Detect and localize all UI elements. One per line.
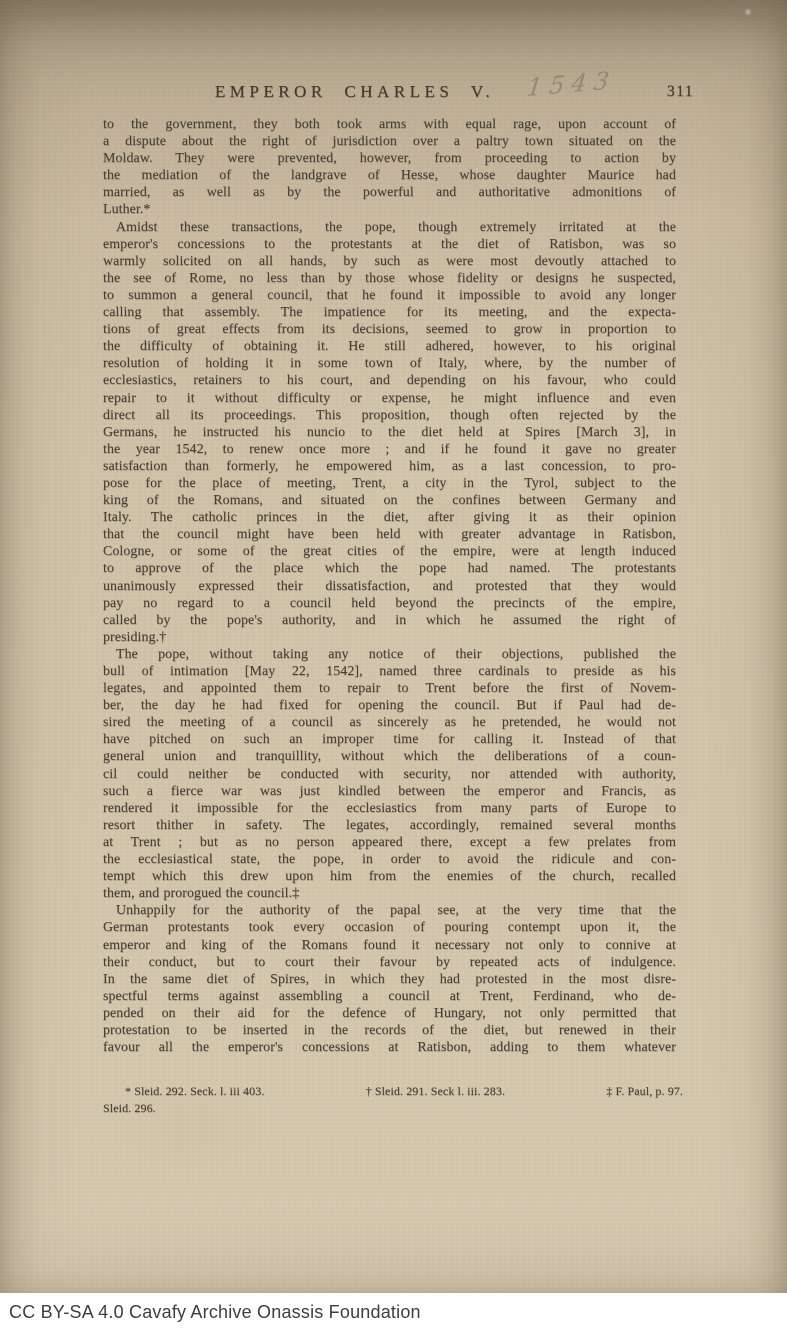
text-line: that the council might have been held wi… <box>103 526 676 543</box>
text-line: cil could neither be conducted with secu… <box>103 766 676 783</box>
text-line: a dispute about the right of jurisdictio… <box>103 133 676 150</box>
text-line: warmly solicited on all hands, by such a… <box>103 253 676 270</box>
text-line: resolution of holding it in some town of… <box>103 355 676 372</box>
text-line: the ecclesiastical state, the pope, in o… <box>103 851 676 868</box>
text-line: called by the pope's authority, and in w… <box>103 612 676 629</box>
text-line: emperor and king of the Romans found it … <box>103 937 676 954</box>
text-line: the year 1542, to renew once more ; and … <box>103 441 676 458</box>
text-line: In the same diet of Spires, in which the… <box>103 971 676 988</box>
text-line: to summon a general council, that he fou… <box>103 287 676 304</box>
text-line: repair to it without difficulty or expen… <box>103 390 676 407</box>
text-line: have pitched on such an improper time fo… <box>103 731 676 748</box>
footnote-row: * Sleid. 292. Seck. l. iii 403. † Sleid.… <box>103 1083 683 1100</box>
footnote-asterisk: * Sleid. 292. Seck. l. iii 403. <box>125 1083 264 1100</box>
screenshot-stage: EMPEROR CHARLES V. 1543 311 to the gover… <box>0 0 787 1332</box>
text-line: to the government, they both took arms w… <box>103 116 676 133</box>
text-line: direct all its proceedings. This proposi… <box>103 407 676 424</box>
text-line: Germans, he instructed his nuncio to the… <box>103 424 676 441</box>
text-line: king of the Romans, and situated on the … <box>103 492 676 509</box>
text-line: sired the meeting of a council as sincer… <box>103 714 676 731</box>
text-line: their conduct, but to court their favour… <box>103 954 676 971</box>
text-line: presiding.† <box>103 629 676 646</box>
text-line: protestation to be inserted in the recor… <box>103 1022 676 1039</box>
text-line: ecclesiastics, retainers to his court, a… <box>103 372 676 389</box>
footnotes: * Sleid. 292. Seck. l. iii 403. † Sleid.… <box>103 1083 683 1117</box>
footnote-double-dagger: ‡ F. Paul, p. 97. <box>606 1083 683 1100</box>
page-number: 311 <box>667 83 694 101</box>
scanned-page: EMPEROR CHARLES V. 1543 311 to the gover… <box>0 0 787 1293</box>
text-line: ber, the day he had fixed for opening th… <box>103 697 676 714</box>
running-head: EMPEROR CHARLES V. 1543 311 <box>103 82 676 106</box>
license-text: CC BY-SA 4.0 Cavafy Archive Onassis Foun… <box>9 1302 421 1323</box>
text-line: tempt which this drew upon him from the … <box>103 868 676 885</box>
text-line: Italy. The catholic princes in the diet,… <box>103 509 676 526</box>
text-line: German protestants took every occasion o… <box>103 919 676 936</box>
text-line: Unhappily for the authority of the papal… <box>103 902 676 919</box>
text-line: general union and tranquillity, without … <box>103 748 676 765</box>
text-line: spectful terms against assembling a coun… <box>103 988 676 1005</box>
text-line: legates, and appointed them to repair to… <box>103 680 676 697</box>
text-line: satisfaction than formerly, he empowered… <box>103 458 676 475</box>
text-line: the mediation of the landgrave of Hesse,… <box>103 167 676 184</box>
text-line: bull of intimation [May 22, 1542], named… <box>103 663 676 680</box>
footnote-carryover: Sleid. 296. <box>103 1100 683 1117</box>
text-line: them, and prorogued the council.‡ <box>103 885 676 902</box>
text-line: pose for the place of meeting, Trent, a … <box>103 475 676 492</box>
text-line: unanimously expressed their dissatisfact… <box>103 578 676 595</box>
text-line: emperor's concessions to the protestants… <box>103 236 676 253</box>
text-line: the difficulty of obtaining it. He still… <box>103 338 676 355</box>
paragraph: The pope, without taking any notice of t… <box>103 646 676 902</box>
text-line: tions of great effects from its decision… <box>103 321 676 338</box>
text-line: The pope, without taking any notice of t… <box>103 646 676 663</box>
text-line: calling that assembly. The impatience fo… <box>103 304 676 321</box>
text-line: rendered it impossible for the ecclesias… <box>103 800 676 817</box>
text-line: married, as well as by the powerful and … <box>103 184 676 201</box>
text-line: Luther.* <box>103 201 676 218</box>
text-line: Moldaw. They were prevented, however, fr… <box>103 150 676 167</box>
text-line: favour all the emperor's concessions at … <box>103 1039 676 1056</box>
text-line: Cologne, or some of the great cities of … <box>103 543 676 560</box>
footnote-dagger: † Sleid. 291. Seck l. iii. 283. <box>366 1083 505 1100</box>
text-line: pay no regard to a council held beyond t… <box>103 595 676 612</box>
text-line: to approve of the place which the pope h… <box>103 560 676 577</box>
body-text: to the government, they both took arms w… <box>103 116 676 1056</box>
paragraph: to the government, they both took arms w… <box>103 116 676 219</box>
text-line: such a fierce war was just kindled betwe… <box>103 783 676 800</box>
text-line: at Trent ; but as no person appeared the… <box>103 834 676 851</box>
text-line: the see of Rome, no less than by those w… <box>103 270 676 287</box>
license-bar: CC BY-SA 4.0 Cavafy Archive Onassis Foun… <box>0 1293 787 1332</box>
paragraph: Unhappily for the authority of the papal… <box>103 902 676 1056</box>
text-line: resort thither in safety. The legates, a… <box>103 817 676 834</box>
text-line: Amidst these transactions, the pope, tho… <box>103 219 676 236</box>
text-line: pended on their aid for the defence of H… <box>103 1005 676 1022</box>
paragraph: Amidst these transactions, the pope, tho… <box>103 219 676 646</box>
